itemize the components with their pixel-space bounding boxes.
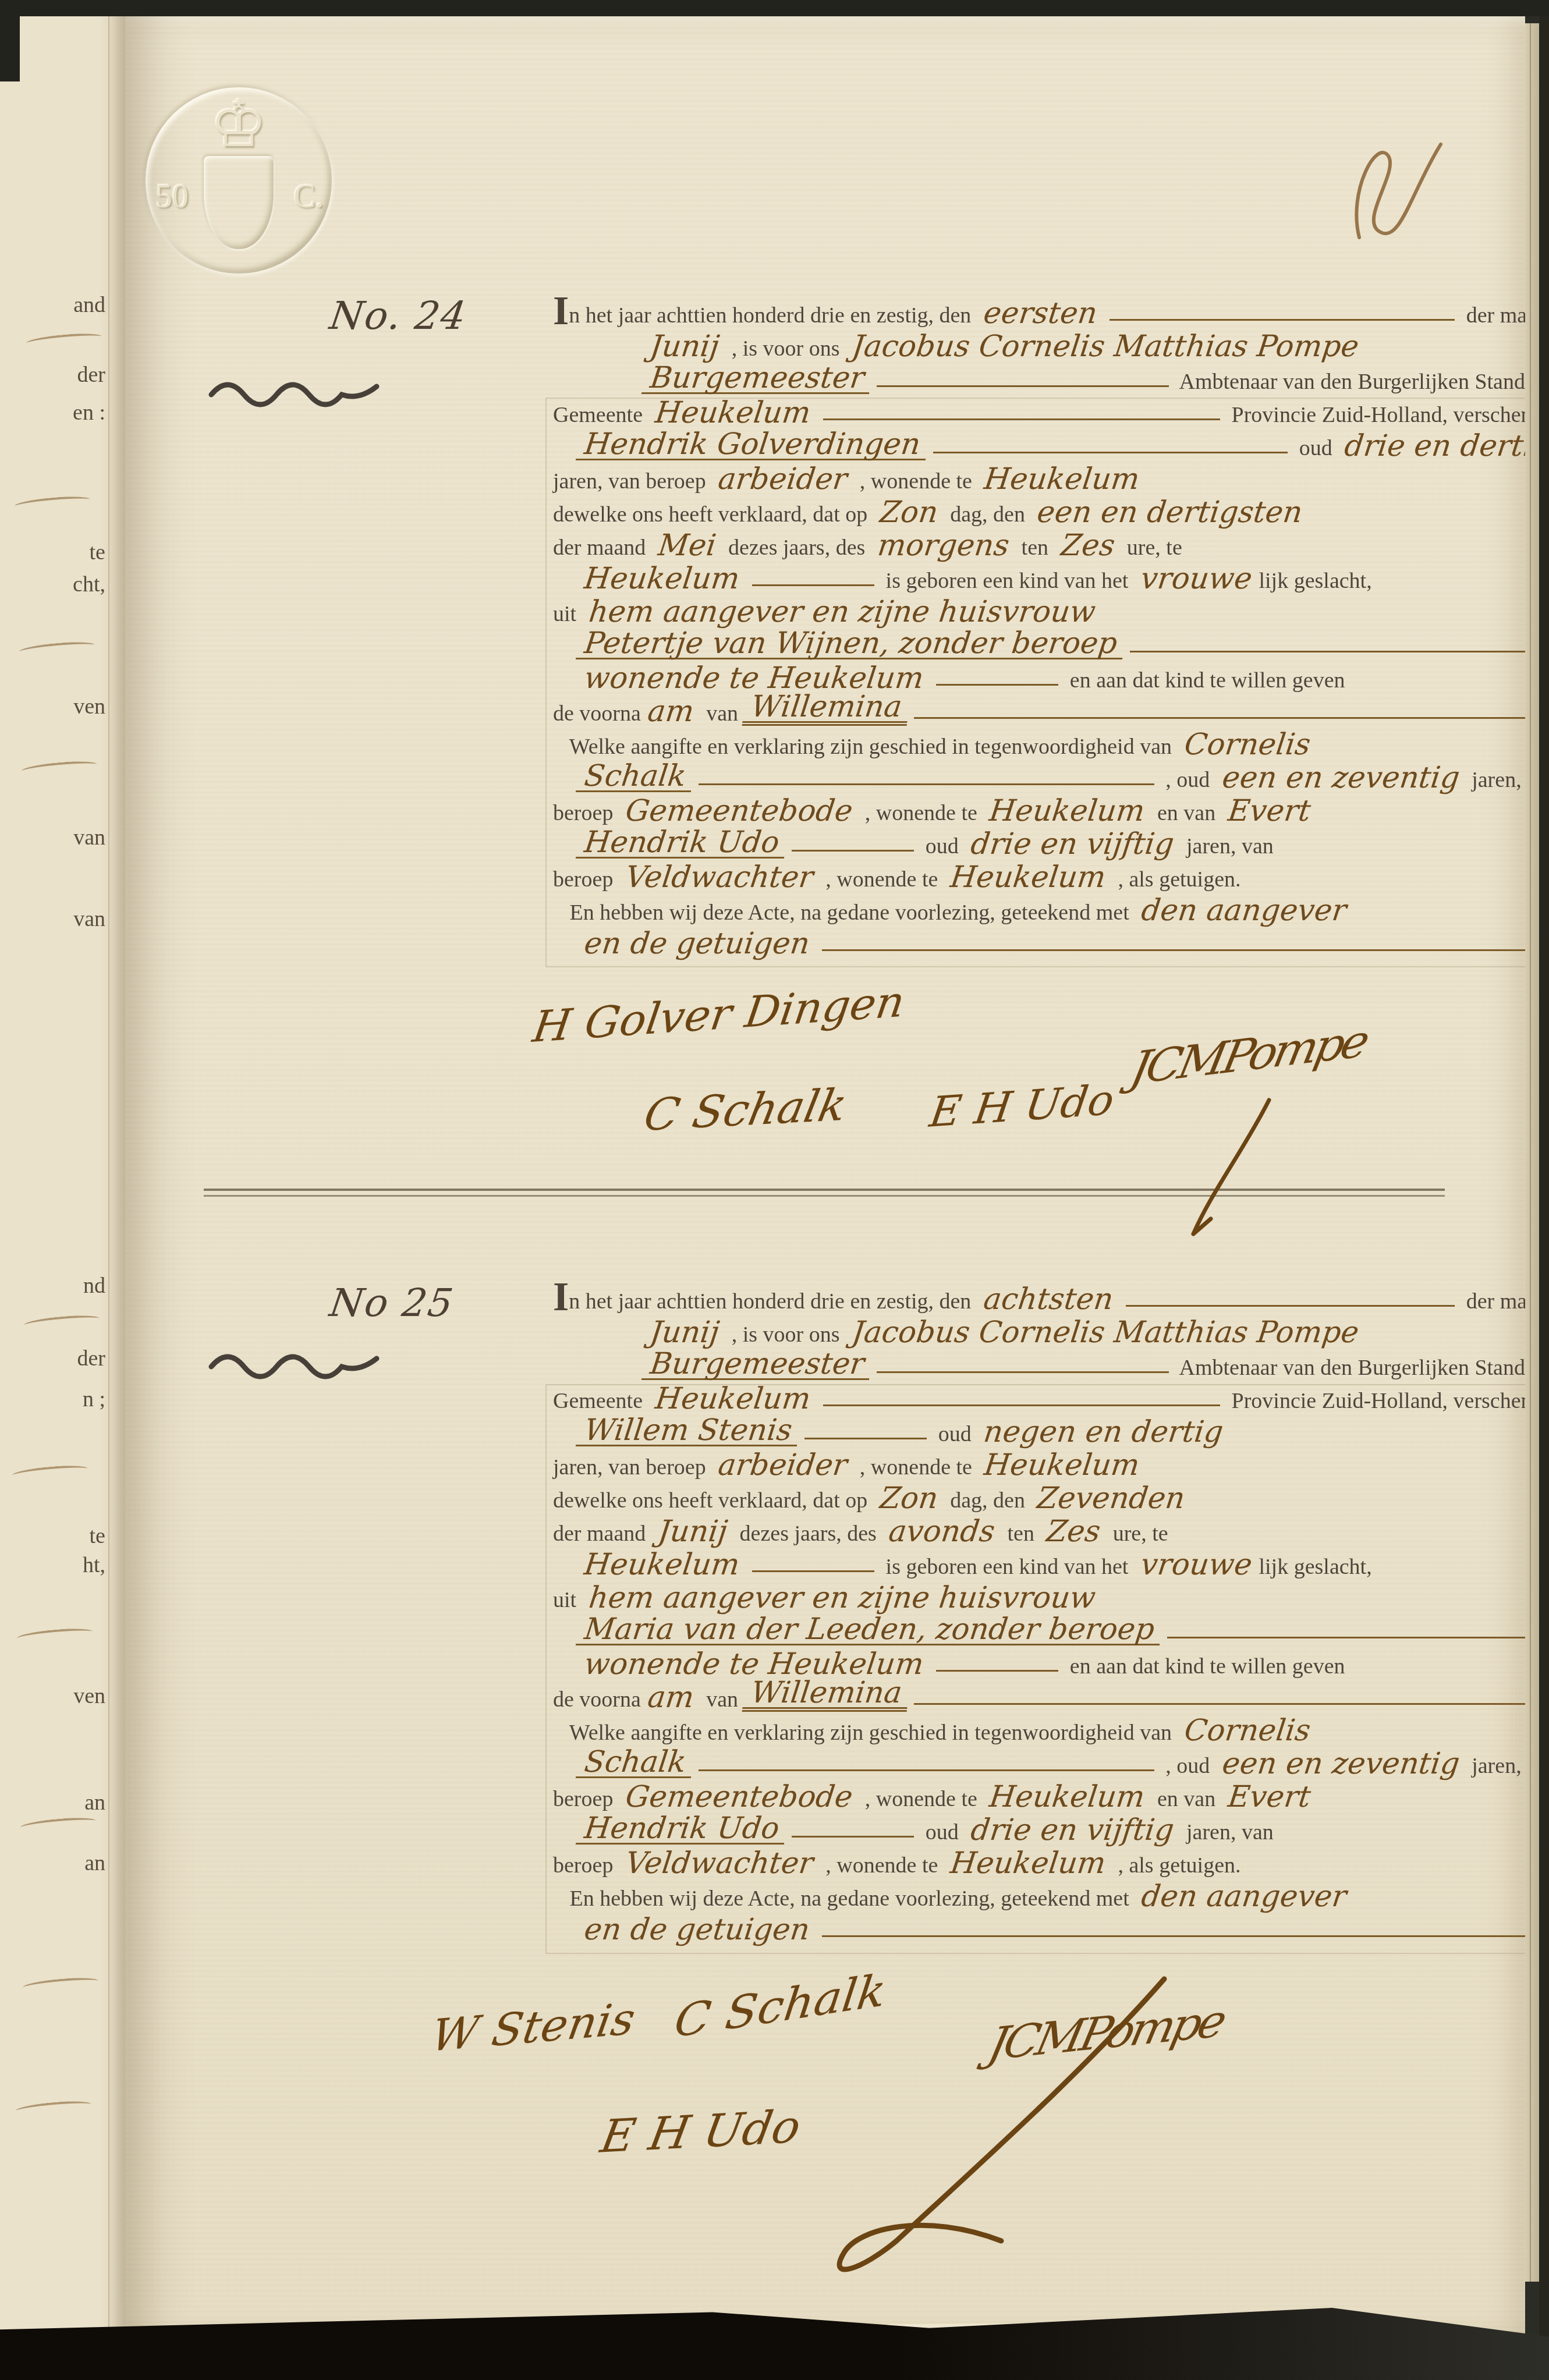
- handwritten-entry: Hendrik Golverdingen: [576, 431, 929, 460]
- form-line: Heukelum is geboren een kind van het vro…: [553, 560, 1549, 593]
- handwritten-entry: Gemeentebode: [617, 797, 861, 825]
- handwritten-entry: hem aangever en zijne huisvrouw: [580, 598, 1104, 626]
- form-line: beroep Veldwachter , wonende te Heukelum…: [553, 859, 1549, 892]
- filler-rule: [877, 385, 1169, 387]
- handwritten-entry: Evert: [1220, 1783, 1319, 1811]
- handwritten-entry: drie en vijftig: [962, 831, 1182, 859]
- handwritten-entry: Zon: [871, 499, 947, 527]
- printed-form-text: , oud: [1160, 1755, 1215, 1778]
- margin-text-fragment: te: [90, 541, 105, 563]
- form-line: Burgemeester Ambtenaar van den Burgerlij…: [553, 361, 1549, 394]
- form-line: Junij , is voor ons Jacobus Cornelis Mat…: [553, 328, 1549, 361]
- handwritten-entry: Heukelum: [942, 1850, 1114, 1878]
- form-line: wonende te Heukelum en aan dat kind te w…: [553, 659, 1549, 693]
- printed-form-text: en aan dat kind te willen geven: [1064, 669, 1345, 693]
- filler-rule: [1110, 319, 1455, 321]
- margin-text-fragment: van: [73, 908, 105, 930]
- margin-text-fragment: an: [84, 1852, 105, 1874]
- form-line: Junij , is voor ons Jacobus Cornelis Mat…: [553, 1314, 1549, 1347]
- printed-form-text: beroep: [553, 1788, 619, 1811]
- act-24-lines: In het jaar achttien honderd drie en zes…: [553, 295, 1549, 958]
- printed-form-text: Gemeente: [553, 404, 648, 427]
- margin-text-fragment: der: [77, 364, 105, 386]
- handwritten-entry: Petertje van Wijnen, zonder beroep: [576, 630, 1126, 659]
- filler-rule: [936, 1670, 1058, 1672]
- handwritten-entry: Schalk: [576, 1748, 694, 1778]
- handwritten-entry: Hendrik Udo: [576, 1815, 788, 1845]
- form-line: Hendrik Udo oud drie en vijftig jaren, v…: [553, 825, 1549, 859]
- handwritten-entry: hem aangever en zijne huisvrouw: [580, 1584, 1104, 1612]
- handwritten-entry: Heukelum: [976, 466, 1148, 494]
- ink-scribble: [22, 1975, 98, 1992]
- printed-form-text: , als getuigen.: [1112, 868, 1241, 892]
- backdrop-corner: [0, 0, 20, 81]
- printed-form-text: dezes jaars, des: [723, 537, 871, 560]
- printed-form-text: oud: [933, 1423, 977, 1446]
- previous-page-edge: andderen :techt,venvanvannddern ;teht,ve…: [0, 0, 125, 2347]
- registrar-pen-tail: [757, 1967, 1176, 2293]
- form-line: jaren, van beroep arbeider , wonende te …: [553, 460, 1549, 494]
- printed-form-text: Welke aangifte en verklaring zijn geschi…: [553, 1722, 1178, 1745]
- handwritten-entry: Veldwachter: [617, 864, 822, 892]
- margin-text-fragment: ven: [73, 696, 105, 718]
- form-line: In het jaar achttien honderd drie en zes…: [553, 1281, 1549, 1314]
- handwritten-entry: en de getuigen: [576, 930, 818, 958]
- filler-rule: [699, 1769, 1154, 1771]
- ink-scribble: [26, 331, 102, 348]
- handwritten-entry: Burgemeester: [641, 1350, 873, 1380]
- handwritten-entry: Heukelum: [942, 864, 1114, 892]
- form-line: dewelke ons heeft verklaard, dat op Zon …: [553, 494, 1549, 527]
- form-line: In het jaar achttien honderd drie en zes…: [553, 295, 1549, 328]
- form-line: beroep Gemeentebode , wonende te Heukelu…: [553, 1778, 1549, 1811]
- printed-form-text: , wonende te: [820, 1854, 944, 1878]
- handwritten-entry: am: [639, 1684, 703, 1712]
- printed-form-text: dewelke ons heeft verklaard, dat op: [553, 1489, 873, 1513]
- handwritten-entry: Cornelis: [1176, 1717, 1319, 1745]
- printed-form-text: Ambtenaar van den Burgerlijken Stand der: [1175, 371, 1549, 394]
- form-line: Welke aangifte en verklaring zijn geschi…: [553, 726, 1549, 759]
- form-line: Maria van der Leeden, zonder beroep: [553, 1612, 1549, 1645]
- handwritten-entry: Jacobus Cornelis Matthias Pompe: [843, 333, 1367, 361]
- backdrop-top: [0, 0, 1549, 16]
- printed-form-text: jaren, van beroep: [553, 470, 711, 494]
- margin-text-fragment: ven: [73, 1685, 105, 1707]
- handwritten-entry: Schalk: [576, 762, 694, 792]
- handwritten-entry: Jacobus Cornelis Matthias Pompe: [843, 1319, 1367, 1347]
- handwritten-entry: Burgemeester: [641, 364, 873, 394]
- filler-rule: [752, 1570, 874, 1572]
- handwritten-entry: Willemina: [742, 1679, 910, 1712]
- handwritten-entry: een en zeventig: [1214, 1750, 1468, 1778]
- margin-text-fragment: der: [77, 1347, 105, 1370]
- handwritten-entry: den aangever: [1133, 1883, 1355, 1911]
- stamp-unit: C.: [294, 180, 324, 213]
- handwritten-entry: Cornelis: [1176, 731, 1319, 759]
- handwritten-entry: wonende te Heukelum: [576, 665, 932, 693]
- printed-form-text: , wonende te: [820, 868, 944, 892]
- printed-form-text: dewelke ons heeft verklaard, dat op: [553, 503, 873, 527]
- margin-text-fragment: nd: [83, 1275, 105, 1297]
- filler-rule: [1126, 1305, 1455, 1307]
- form-line: de voornaam van Willemina: [553, 1679, 1549, 1712]
- form-line: de voornaam van Willemina: [553, 693, 1549, 726]
- printed-form-text: dezes jaars, des: [734, 1523, 882, 1546]
- printed-form-text: , oud: [1160, 769, 1215, 792]
- printed-form-text: ten: [1016, 537, 1054, 560]
- handwritten-entry: Heukelum: [647, 399, 819, 427]
- printed-form-text: lijk geslacht,: [1259, 570, 1372, 593]
- handwritten-entry: Willemina: [742, 693, 910, 726]
- form-line: En hebben wij deze Acte, na gedane voorl…: [553, 892, 1549, 925]
- printed-form-text: jaren, van beroep: [553, 1456, 711, 1480]
- handwritten-entry: Heukelum: [976, 1452, 1148, 1480]
- filler-rule: [822, 949, 1549, 951]
- filler-rule: [823, 1404, 1220, 1406]
- handwritten-entry: arbeider: [710, 1452, 856, 1480]
- form-line: en de getuigen: [553, 925, 1549, 958]
- printed-form-text: beroep: [553, 868, 619, 892]
- form-line: Gemeente Heukelum Provincie Zuid-Holland…: [553, 394, 1549, 427]
- printed-form-text: beroep: [553, 802, 619, 825]
- margin-text-fragment: cht,: [73, 573, 105, 595]
- filler-rule: [752, 584, 874, 586]
- ink-scribble: [16, 1626, 93, 1643]
- filler-rule: [1167, 1637, 1549, 1638]
- printed-form-text: Welke aangifte en verklaring zijn geschi…: [553, 736, 1178, 759]
- printed-form-text: I: [553, 1281, 569, 1314]
- printed-form-text: is geboren een kind van het: [880, 570, 1134, 593]
- form-line: Schalk , oud een en zeventig jaren, van: [553, 759, 1549, 792]
- handwritten-entry: drie en vijftig: [962, 1817, 1182, 1845]
- handwritten-entry: Heukelum: [576, 565, 748, 593]
- handwritten-entry: en de getuigen: [576, 1916, 818, 1944]
- printed-form-text: Provincie Zuid-Holland, verschenen:: [1226, 404, 1549, 427]
- handwritten-entry: Zon: [871, 1485, 947, 1513]
- printed-form-text: van: [701, 703, 744, 726]
- printed-form-text: , wonende te: [859, 1788, 983, 1811]
- ink-scribble: [21, 759, 97, 776]
- form-line: En hebben wij deze Acte, na gedane voorl…: [553, 1878, 1549, 1911]
- margin-text-fragment: n ;: [83, 1388, 105, 1410]
- handwritten-entry: Zevenden: [1029, 1485, 1193, 1513]
- ink-scribble: [23, 1313, 100, 1330]
- printed-form-text: n het jaar achttien honderd drie en zest…: [569, 1290, 977, 1314]
- form-line: uit hem aangever en zijne huisvrouw: [553, 1579, 1549, 1612]
- filler-rule: [792, 850, 914, 852]
- filler-rule: [822, 1935, 1549, 1937]
- printed-form-text: n het jaar achttien honderd drie en zest…: [569, 304, 977, 328]
- filler-rule: [914, 717, 1549, 719]
- printed-form-text: ten: [1002, 1523, 1040, 1546]
- filler-rule: [1130, 651, 1549, 652]
- filler-rule: [914, 1703, 1549, 1705]
- backdrop-right: [1539, 0, 1549, 2380]
- form-line: Welke aangifte en verklaring zijn geschi…: [553, 1712, 1549, 1745]
- printed-form-text: de voorna: [553, 703, 641, 726]
- form-line: Heukelum is geboren een kind van het vro…: [553, 1546, 1549, 1579]
- handwritten-entry: Heukelum: [981, 1783, 1153, 1811]
- margin-text-fragment: en :: [73, 402, 105, 424]
- handwritten-entry: een en zeventig: [1214, 764, 1468, 792]
- printed-form-text: jaren, van: [1181, 835, 1274, 859]
- printed-form-text: oud: [1293, 437, 1338, 460]
- form-line: Hendrik Udo oud drie en vijftig jaren, v…: [553, 1811, 1549, 1845]
- form-line: der maand Junij dezes jaars, des avonds …: [553, 1513, 1549, 1546]
- handwritten-entry: Heukelum: [647, 1385, 819, 1413]
- form-line: Willem Stenis oud negen en dertig: [553, 1413, 1549, 1446]
- printed-form-text: oud: [920, 1821, 964, 1845]
- handwritten-entry: Evert: [1220, 797, 1319, 825]
- printed-form-text: beroep: [553, 1854, 619, 1878]
- handwritten-entry: Heukelum: [981, 797, 1153, 825]
- printed-form-text: Provincie Zuid-Holland, verschenen:: [1226, 1390, 1549, 1413]
- form-line: der maand Mei dezes jaars, des morgens t…: [553, 527, 1549, 560]
- margin-squiggle: [207, 1343, 381, 1384]
- handwritten-entry: negen en dertig: [975, 1418, 1232, 1446]
- stamp-value: 50: [156, 180, 189, 213]
- coat-of-arms-shield-icon: [204, 156, 274, 249]
- margin-text-fragment: and: [73, 294, 105, 316]
- ink-scribble: [14, 494, 90, 511]
- printed-form-text: , als getuigen.: [1112, 1854, 1241, 1878]
- ink-scribble: [15, 2099, 91, 2116]
- act-number-24: No. 24: [327, 297, 469, 335]
- act-number-25: No 25: [327, 1284, 456, 1322]
- handwritten-entry: Heukelum: [576, 1551, 748, 1579]
- printed-form-text: ure, te: [1121, 537, 1182, 560]
- margin-text-fragment: ht,: [83, 1554, 105, 1576]
- margin-text-fragment: te: [90, 1525, 105, 1547]
- ink-scribble: [19, 640, 95, 657]
- form-line: beroep Gemeentebode , wonende te Heukelu…: [553, 792, 1549, 825]
- act-25-lines: In het jaar achttien honderd drie en zes…: [553, 1281, 1549, 1944]
- printed-form-text: en van: [1151, 1788, 1221, 1811]
- handwritten-entry: eersten: [975, 300, 1105, 328]
- handwritten-entry: vrouwe: [1132, 565, 1261, 593]
- printed-form-text: de voorna: [553, 1689, 641, 1712]
- handwritten-entry: Junij: [641, 333, 728, 361]
- handwritten-entry: drie en dertig: [1336, 432, 1549, 460]
- handwritten-entry: am: [639, 698, 703, 726]
- handwritten-entry: wonende te Heukelum: [576, 1651, 932, 1679]
- filler-rule: [823, 418, 1220, 420]
- form-line: jaren, van beroep arbeider , wonende te …: [553, 1446, 1549, 1480]
- registrar-pen-tail: [1141, 1094, 1292, 1257]
- form-line: Schalk , oud een en zeventig jaren, van: [553, 1745, 1549, 1778]
- form-line: uit hem aangever en zijne huisvrouw: [553, 593, 1549, 626]
- printed-form-text: , is voor ons: [726, 338, 845, 361]
- printed-form-text: dag, den: [945, 503, 1031, 527]
- handwritten-entry: morgens: [869, 532, 1018, 560]
- handwritten-entry: Gemeentebode: [617, 1783, 861, 1811]
- ink-scribble: [20, 1815, 96, 1832]
- printed-form-text: I: [553, 295, 569, 328]
- printed-form-text: , wonende te: [859, 802, 983, 825]
- form-line: Petertje van Wijnen, zonder beroep: [553, 626, 1549, 659]
- margin-text-fragment: an: [84, 1792, 105, 1814]
- printed-form-text: oud: [920, 835, 964, 859]
- handwritten-entry: Hendrik Udo: [576, 829, 788, 859]
- printed-form-text: uit: [553, 603, 582, 626]
- margin-text-fragment: van: [73, 827, 105, 849]
- printed-form-text: en van: [1151, 802, 1221, 825]
- filler-rule: [936, 684, 1058, 686]
- page-stack-edge: [1525, 23, 1539, 2282]
- handwritten-entry: Zes: [1038, 1518, 1109, 1546]
- printed-form-text: En hebben wij deze Acte, na gedane voorl…: [553, 902, 1135, 925]
- printed-form-text: van: [701, 1689, 744, 1712]
- printed-form-text: lijk geslacht,: [1259, 1556, 1372, 1579]
- handwritten-entry: vrouwe: [1132, 1551, 1261, 1579]
- printed-form-text: is geboren een kind van het: [880, 1556, 1134, 1579]
- embossed-revenue-stamp: ♔ 50 C.: [146, 87, 332, 274]
- printed-form-text: , wonende te: [854, 470, 977, 494]
- paraph-flourish: [1324, 121, 1476, 261]
- handwritten-entry: Veldwachter: [617, 1850, 822, 1878]
- handwritten-entry: avonds: [880, 1518, 1004, 1546]
- printed-form-text: , wonende te: [854, 1456, 977, 1480]
- printed-form-text: Ambtenaar van den Burgerlijken Stand der: [1175, 1357, 1549, 1380]
- handwritten-entry: den aangever: [1133, 897, 1355, 925]
- ink-scribble: [12, 1463, 88, 1480]
- printed-form-text: en aan dat kind te willen geven: [1064, 1655, 1345, 1679]
- filler-rule: [699, 783, 1154, 785]
- handwritten-entry: Junij: [650, 1518, 736, 1546]
- printed-form-text: Gemeente: [553, 1390, 648, 1413]
- handwritten-entry: arbeider: [710, 466, 856, 494]
- crown-icon: ♔: [210, 92, 268, 156]
- filler-rule: [877, 1371, 1169, 1373]
- handwritten-entry: achtsten: [975, 1286, 1122, 1314]
- page-crease: [108, 0, 109, 2347]
- handwritten-entry: Zes: [1052, 532, 1123, 560]
- filler-rule: [804, 1438, 927, 1439]
- printed-form-text: uit: [553, 1589, 582, 1612]
- handwritten-entry: Mei: [650, 532, 725, 560]
- filler-rule: [933, 452, 1288, 453]
- printed-form-text: ure, te: [1107, 1523, 1168, 1546]
- printed-form-text: , is voor ons: [726, 1324, 845, 1347]
- form-line: Burgemeester Ambtenaar van den Burgerlij…: [553, 1347, 1549, 1380]
- printed-form-text: jaren, van: [1181, 1821, 1274, 1845]
- printed-form-text: der maand: [553, 537, 651, 560]
- handwritten-entry: een en dertigsten: [1029, 499, 1311, 527]
- filler-rule: [792, 1836, 914, 1838]
- form-line: Hendrik Golverdingen oud drie en dertig: [553, 427, 1549, 460]
- printed-form-text: En hebben wij deze Acte, na gedane voorl…: [553, 1888, 1135, 1911]
- printed-form-text: der maand: [553, 1523, 651, 1546]
- form-line: beroep Veldwachter , wonende te Heukelum…: [553, 1845, 1549, 1878]
- handwritten-entry: Willem Stenis: [576, 1417, 800, 1446]
- margin-squiggle: [207, 371, 381, 412]
- form-line: wonende te Heukelum en aan dat kind te w…: [553, 1645, 1549, 1679]
- form-line: en de getuigen: [553, 1911, 1549, 1944]
- register-scan: andderen :techt,venvanvannddern ;teht,ve…: [0, 0, 1549, 2380]
- form-line: Gemeente Heukelum Provincie Zuid-Holland…: [553, 1380, 1549, 1413]
- handwritten-entry: Maria van der Leeden, zonder beroep: [576, 1616, 1163, 1645]
- printed-form-text: dag, den: [945, 1489, 1031, 1513]
- form-line: dewelke ons heeft verklaard, dat op Zon …: [553, 1480, 1549, 1513]
- handwritten-entry: Junij: [641, 1319, 728, 1347]
- signature-witness1-act24: C Schalk: [640, 1079, 851, 1141]
